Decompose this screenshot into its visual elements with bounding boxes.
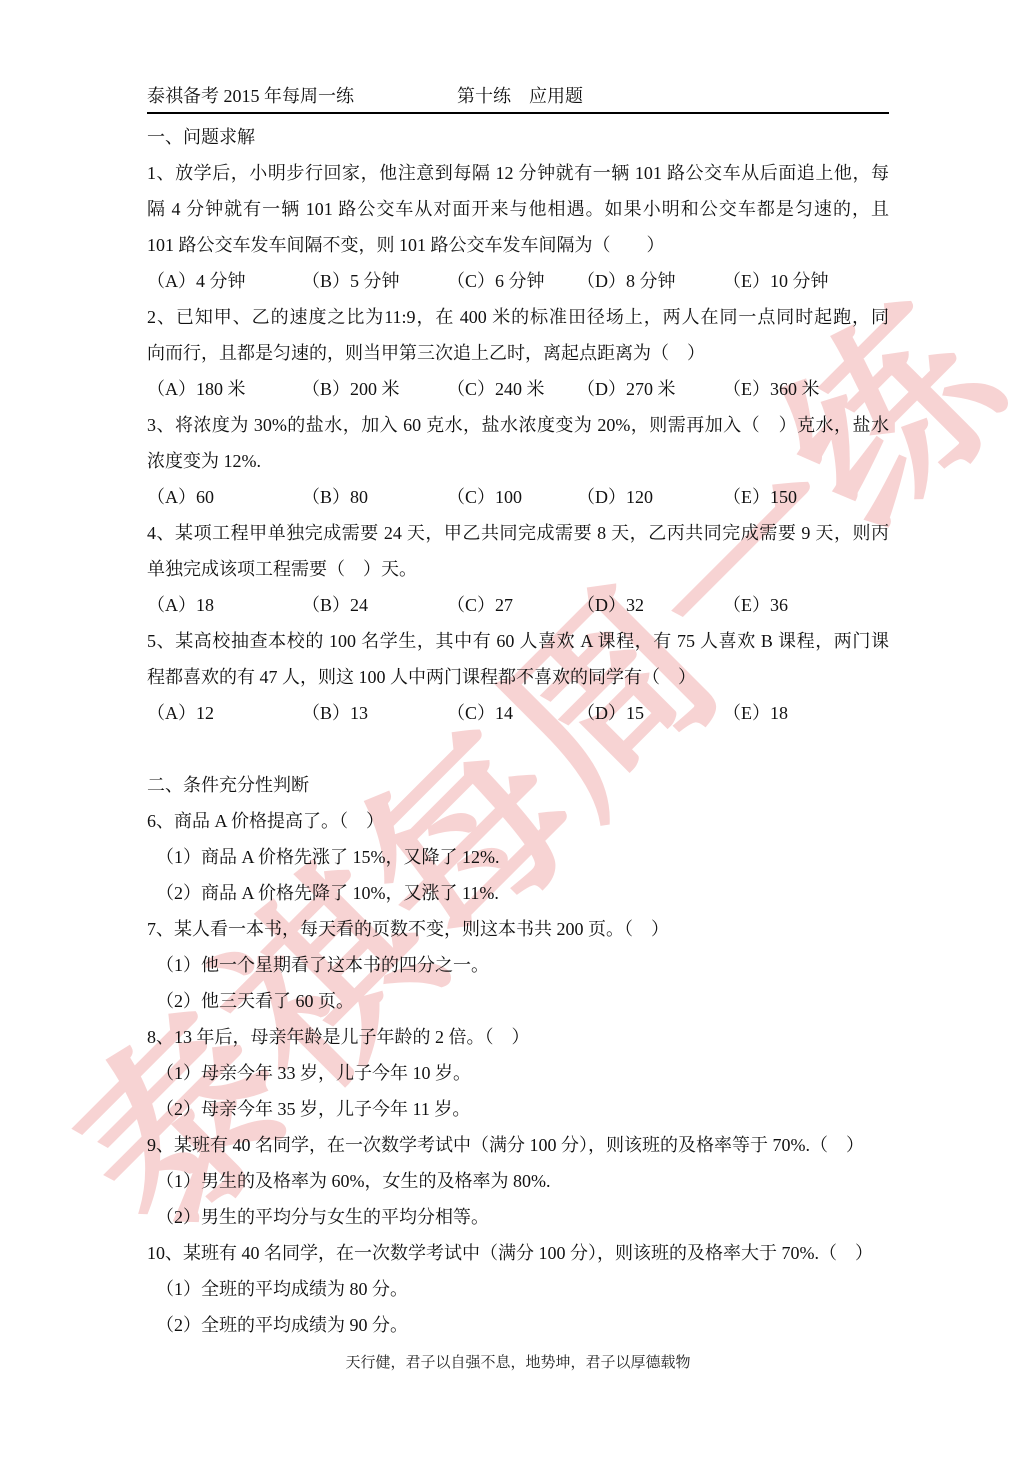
document-page: 泰祺每周一练 泰祺备考 2015 年每周一练 第十练 应用题 一、问题求解 1、… <box>0 0 1032 1466</box>
section-1-heading: 一、问题求解 <box>147 119 889 155</box>
question-3-options: （A）60 （B）80 （C）100 （D）120 （E）150 <box>147 479 889 515</box>
option-d: （D）32 <box>577 587 723 623</box>
question-8-condition-1: （1）母亲今年 33 岁，儿子今年 10 岁。 <box>147 1055 889 1091</box>
option-e: （E）360 米 <box>723 371 889 407</box>
question-2-line-1: 2、已知甲、乙的速度之比为11:9，在 400 米的标准田径场上，两人在同一点同… <box>147 299 889 335</box>
question-9-condition-2: （2）男生的平均分与女生的平均分相等。 <box>147 1199 889 1235</box>
document-body: 一、问题求解 1、放学后，小明步行回家，他注意到每隔 12 分钟就有一辆 101… <box>147 119 889 1343</box>
option-e: （E）36 <box>723 587 889 623</box>
question-8-condition-2: （2）母亲今年 35 岁，儿子今年 11 岁。 <box>147 1091 889 1127</box>
option-a: （A）60 <box>147 479 302 515</box>
question-2-line-2: 向而行，且都是匀速的，则当甲第三次追上乙时，离起点距离为（ ） <box>147 335 889 371</box>
question-5-options: （A）12 （B）13 （C）14 （D）15 （E）18 <box>147 695 889 731</box>
question-5-line-1: 5、某高校抽查本校的 100 名学生，其中有 60 人喜欢 A 课程，有 75 … <box>147 623 889 659</box>
option-a: （A）180 米 <box>147 371 302 407</box>
option-b: （B）24 <box>302 587 447 623</box>
option-c: （C）27 <box>447 587 577 623</box>
question-3-line-2: 浓度变为 12%. <box>147 443 889 479</box>
header-right-title: 第十练 应用题 <box>457 85 583 107</box>
question-4-line-1: 4、某项工程甲单独完成需要 24 天，甲乙共同完成需要 8 天，乙丙共同完成需要… <box>147 515 889 551</box>
question-9-condition-1: （1）男生的及格率为 60%，女生的及格率为 80%. <box>147 1163 889 1199</box>
question-6-condition-1: （1）商品 A 价格先涨了 15%，又降了 12%. <box>147 839 889 875</box>
question-7-condition-2: （2）他三天看了 60 页。 <box>147 983 889 1019</box>
option-d: （D）120 <box>577 479 723 515</box>
question-7-condition-1: （1）他一个星期看了这本书的四分之一。 <box>147 947 889 983</box>
header-left-title: 泰祺备考 2015 年每周一练 <box>147 85 354 107</box>
option-e: （E）10 分钟 <box>723 263 889 299</box>
option-a: （A）18 <box>147 587 302 623</box>
question-6-condition-2: （2）商品 A 价格先降了 10%，又涨了 11%. <box>147 875 889 911</box>
spacer-line <box>147 731 889 767</box>
option-e: （E）18 <box>723 695 889 731</box>
option-c: （C）6 分钟 <box>447 263 577 299</box>
question-5-line-2: 程都喜欢的有 47 人，则这 100 人中两门课程都不喜欢的同学有（ ） <box>147 659 889 695</box>
option-e: （E）150 <box>723 479 889 515</box>
option-c: （C）240 米 <box>447 371 577 407</box>
question-10-condition-2: （2）全班的平均成绩为 90 分。 <box>147 1307 889 1343</box>
option-c: （C）100 <box>447 479 577 515</box>
question-1-options: （A）4 分钟 （B）5 分钟 （C）6 分钟 （D）8 分钟 （E）10 分钟 <box>147 263 889 299</box>
question-4-options: （A）18 （B）24 （C）27 （D）32 （E）36 <box>147 587 889 623</box>
question-2-options: （A）180 米 （B）200 米 （C）240 米 （D）270 米 （E）3… <box>147 371 889 407</box>
question-4-line-2: 单独完成该项工程需要（ ）天。 <box>147 551 889 587</box>
question-10-condition-1: （1）全班的平均成绩为 80 分。 <box>147 1271 889 1307</box>
option-d: （D）270 米 <box>577 371 723 407</box>
question-3-line-1: 3、将浓度为 30%的盐水，加入 60 克水，盐水浓度变为 20%，则需再加入（… <box>147 407 889 443</box>
question-8-stem: 8、13 年后，母亲年龄是儿子年龄的 2 倍。（ ） <box>147 1019 889 1055</box>
option-d: （D）8 分钟 <box>577 263 723 299</box>
option-b: （B）200 米 <box>302 371 447 407</box>
section-2-heading: 二、条件充分性判断 <box>147 767 889 803</box>
option-b: （B）80 <box>302 479 447 515</box>
question-1-line-3: 101 路公交车发车间隔不变，则 101 路公交车发车间隔为（ ） <box>147 227 889 263</box>
option-b: （B）13 <box>302 695 447 731</box>
question-1-line-2: 隔 4 分钟就有一辆 101 路公交车从对面开来与他相遇。如果小明和公交车都是匀… <box>147 191 889 227</box>
question-9-stem: 9、某班有 40 名同学，在一次数学考试中（满分 100 分），则该班的及格率等… <box>147 1127 889 1163</box>
question-10-stem: 10、某班有 40 名同学，在一次数学考试中（满分 100 分），则该班的及格率… <box>147 1235 889 1271</box>
option-c: （C）14 <box>447 695 577 731</box>
question-7-stem: 7、某人看一本书，每天看的页数不变，则这本书共 200 页。（ ） <box>147 911 889 947</box>
option-d: （D）15 <box>577 695 723 731</box>
option-b: （B）5 分钟 <box>302 263 447 299</box>
question-1-line-1: 1、放学后，小明步行回家，他注意到每隔 12 分钟就有一辆 101 路公交车从后… <box>147 155 889 191</box>
footer-motto: 天行健，君子以自强不息，地势坤，君子以厚德载物 <box>147 1352 889 1374</box>
header-divider <box>147 112 889 114</box>
option-a: （A）12 <box>147 695 302 731</box>
question-6-stem: 6、商品 A 价格提高了。（ ） <box>147 803 889 839</box>
option-a: （A）4 分钟 <box>147 263 302 299</box>
